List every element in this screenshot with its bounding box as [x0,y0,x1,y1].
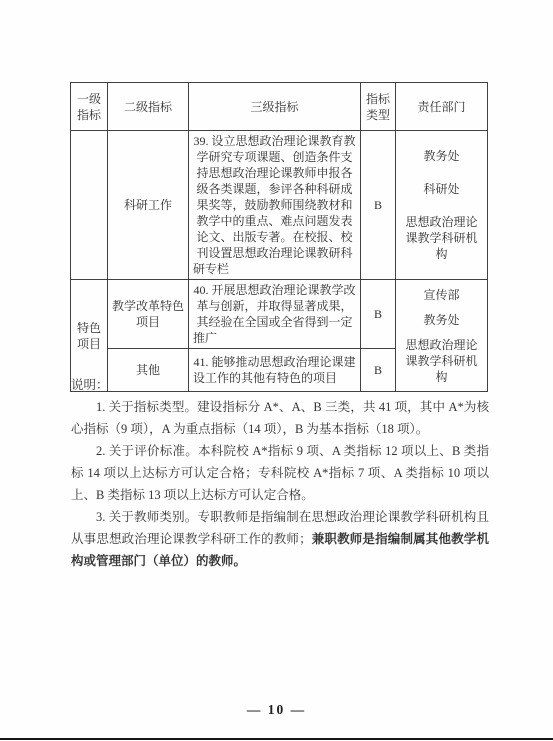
col-header-level1: 一级指标 [71,83,108,131]
page-number: — 10 — [0,702,553,718]
cell-type-row39: B [361,131,396,280]
department-list: 宣传部 教务处 思想政治理论课教学科研机构 [400,287,483,385]
table-header-row: 一级指标 二级指标 三级指标 指标类型 责任部门 [71,83,488,131]
col-header-department: 责任部门 [396,83,488,131]
indicator-table: 一级指标 二级指标 三级指标 指标类型 责任部门 科研工作 39. 设立思想政治… [70,82,488,392]
table-row-40: 特色项目 教学改革特色项目 40. 开展思想政治理论课教学改革与创新，并取得显著… [71,280,488,349]
department-item: 教务处 [423,148,459,164]
department-item: 科研处 [423,181,459,197]
page-bottom-rule [0,738,553,740]
note-item-1: 1. 关于指标类型。建设指标分 A*、A、B 三类，共 41 项，其中 A*为核… [71,396,489,440]
department-item: 宣传部 [423,287,459,303]
cell-level2-row39: 科研工作 [108,131,189,280]
col-header-type: 指标类型 [361,83,396,131]
document-page: 一级指标 二级指标 三级指标 指标类型 责任部门 科研工作 39. 设立思想政治… [0,0,553,741]
cell-type-row40: B [361,280,396,349]
col-header-level2: 二级指标 [108,83,189,131]
cell-level3-row40: 40. 开展思想政治理论课教学改革与创新，并取得显著成果，其经验在全国或全省得到… [189,280,361,349]
table-row-39: 科研工作 39. 设立思想政治理论课教育教学研究专项课题、创造条件支持思想政治理… [71,131,488,280]
cell-level2-row40: 教学改革特色项目 [108,280,189,349]
cell-level1-row39 [71,131,108,280]
note-item-3: 3. 关于教师类别。专职教师是指编制在思想政治理论课教学科研机构且从事思想政治理… [71,506,489,572]
note-item-2: 2. 关于评价标准。本科院校 A*指标 9 项、A 类指标 12 项以上、B 类… [71,440,489,506]
department-item: 思想政治理论课教学科研机构 [400,214,483,262]
col-header-level3: 三级指标 [189,83,361,131]
cell-level3-row39: 39. 设立思想政治理论课教育教学研究专项课题、创造条件支持思想政治理论课教师申… [189,131,361,280]
cell-department-row39: 教务处 科研处 思想政治理论课教学科研机构 [396,131,488,280]
notes-section: 说明： 1. 关于指标类型。建设指标分 A*、A、B 三类，共 41 项，其中 … [71,374,489,572]
notes-label: 说明： [71,374,489,396]
department-item: 教务处 [423,312,459,328]
department-list: 教务处 科研处 思想政治理论课教学科研机构 [400,148,483,262]
